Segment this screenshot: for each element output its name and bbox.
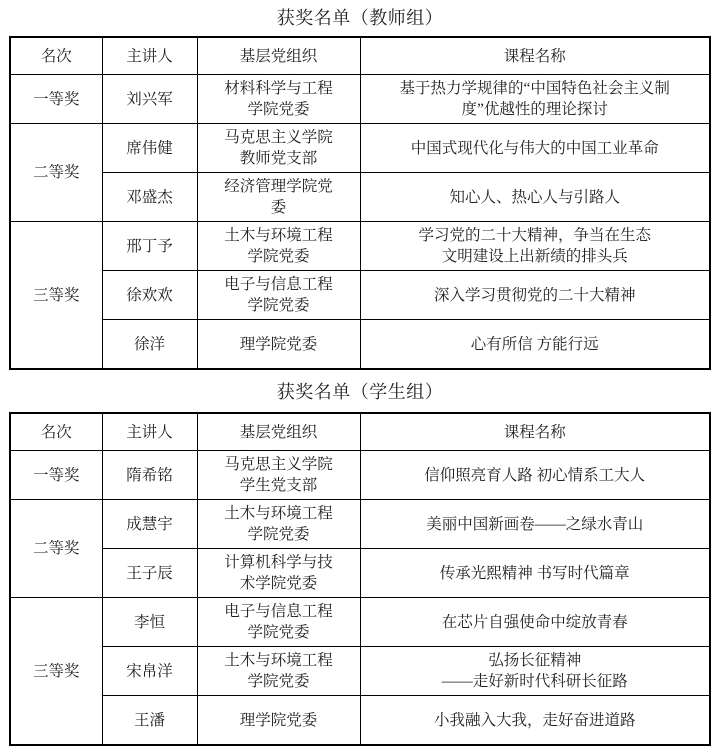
teachers-table-title: 获奖名单（教师组）: [0, 0, 720, 29]
org-cell: 经济管理学院党 委: [197, 173, 360, 222]
rank-cell: 三等奖: [10, 598, 102, 746]
org-cell: 马克思主义学院 学生党支部: [197, 451, 360, 500]
org-cell: 计算机科学与技 术学院党委: [197, 549, 360, 598]
speaker-cell: 邢丁予: [102, 222, 197, 271]
org-cell: 电子与信息工程 学院党委: [197, 271, 360, 320]
course-cell: 基于热力学规律的“中国特色社会主义制 度”优越性的理论探讨: [360, 75, 710, 124]
org-cell: 马克思主义学院 教师党支部: [197, 124, 360, 173]
table-row: 宋帛洋 土木与环境工程 学院党委 弘扬长征精神 ——走好新时代科研长征路: [10, 647, 710, 696]
table-row: 三等奖 李恒 电子与信息工程 学院党委 在芯片自强使命中绽放青春: [10, 598, 710, 647]
header-speaker: 主讲人: [102, 413, 197, 451]
course-cell: 在芯片自强使命中绽放青春: [360, 598, 710, 647]
table-row: 二等奖 席伟健 马克思主义学院 教师党支部 中国式现代化与伟大的中国工业革命: [10, 124, 710, 173]
awards-table-students: 名次 主讲人 基层党组织 课程名称 一等奖 隋希铭 马克思主义学院 学生党支部 …: [9, 412, 711, 746]
students-table-title: 获奖名单（学生组）: [0, 381, 720, 403]
speaker-cell: 席伟健: [102, 124, 197, 173]
speaker-cell: 成慧宇: [102, 500, 197, 549]
speaker-cell: 徐欢欢: [102, 271, 197, 320]
header-org: 基层党组织: [197, 413, 360, 451]
header-org: 基层党组织: [197, 37, 360, 75]
header-row: 名次 主讲人 基层党组织 课程名称: [10, 413, 710, 451]
table-row: 徐洋 理学院党委 心有所信 方能行远: [10, 320, 710, 370]
org-cell: 土木与环境工程 学院党委: [197, 647, 360, 696]
speaker-cell: 刘兴军: [102, 75, 197, 124]
org-cell: 理学院党委: [197, 320, 360, 370]
org-cell: 电子与信息工程 学院党委: [197, 598, 360, 647]
table-row: 三等奖 邢丁予 土木与环境工程 学院党委 学习党的二十大精神，争当在生态 文明建…: [10, 222, 710, 271]
speaker-cell: 王子辰: [102, 549, 197, 598]
header-course: 课程名称: [360, 413, 710, 451]
speaker-cell: 李恒: [102, 598, 197, 647]
table-row: 王潘 理学院党委 小我融入大我，走好奋进道路: [10, 696, 710, 746]
course-cell: 信仰照亮育人路 初心情系工大人: [360, 451, 710, 500]
awards-table-teachers: 名次 主讲人 基层党组织 课程名称 一等奖 刘兴军 材料科学与工程 学院党委 基…: [9, 36, 711, 370]
course-cell: 美丽中国新画卷——之绿水青山: [360, 500, 710, 549]
table-row: 徐欢欢 电子与信息工程 学院党委 深入学习贯彻党的二十大精神: [10, 271, 710, 320]
course-cell: 传承光熙精神 书写时代篇章: [360, 549, 710, 598]
table-row: 邓盛杰 经济管理学院党 委 知心人、热心人与引路人: [10, 173, 710, 222]
course-cell: 知心人、热心人与引路人: [360, 173, 710, 222]
course-cell: 学习党的二十大精神，争当在生态 文明建设上出新绩的排头兵: [360, 222, 710, 271]
table-row: 一等奖 刘兴军 材料科学与工程 学院党委 基于热力学规律的“中国特色社会主义制 …: [10, 75, 710, 124]
header-rank: 名次: [10, 37, 102, 75]
rank-cell: 二等奖: [10, 500, 102, 598]
rank-cell: 一等奖: [10, 75, 102, 124]
rank-cell: 一等奖: [10, 451, 102, 500]
org-cell: 理学院党委: [197, 696, 360, 746]
course-cell: 深入学习贯彻党的二十大精神: [360, 271, 710, 320]
speaker-cell: 邓盛杰: [102, 173, 197, 222]
speaker-cell: 宋帛洋: [102, 647, 197, 696]
table-row: 一等奖 隋希铭 马克思主义学院 学生党支部 信仰照亮育人路 初心情系工大人: [10, 451, 710, 500]
header-rank: 名次: [10, 413, 102, 451]
speaker-cell: 王潘: [102, 696, 197, 746]
table-row: 王子辰 计算机科学与技 术学院党委 传承光熙精神 书写时代篇章: [10, 549, 710, 598]
rank-cell: 三等奖: [10, 222, 102, 370]
org-cell: 土木与环境工程 学院党委: [197, 222, 360, 271]
org-cell: 材料科学与工程 学院党委: [197, 75, 360, 124]
course-cell: 心有所信 方能行远: [360, 320, 710, 370]
speaker-cell: 隋希铭: [102, 451, 197, 500]
table-row: 二等奖 成慧宇 土木与环境工程 学院党委 美丽中国新画卷——之绿水青山: [10, 500, 710, 549]
header-speaker: 主讲人: [102, 37, 197, 75]
speaker-cell: 徐洋: [102, 320, 197, 370]
rank-cell: 二等奖: [10, 124, 102, 222]
header-course: 课程名称: [360, 37, 710, 75]
org-cell: 土木与环境工程 学院党委: [197, 500, 360, 549]
header-row: 名次 主讲人 基层党组织 课程名称: [10, 37, 710, 75]
course-cell: 弘扬长征精神 ——走好新时代科研长征路: [360, 647, 710, 696]
course-cell: 小我融入大我，走好奋进道路: [360, 696, 710, 746]
course-cell: 中国式现代化与伟大的中国工业革命: [360, 124, 710, 173]
